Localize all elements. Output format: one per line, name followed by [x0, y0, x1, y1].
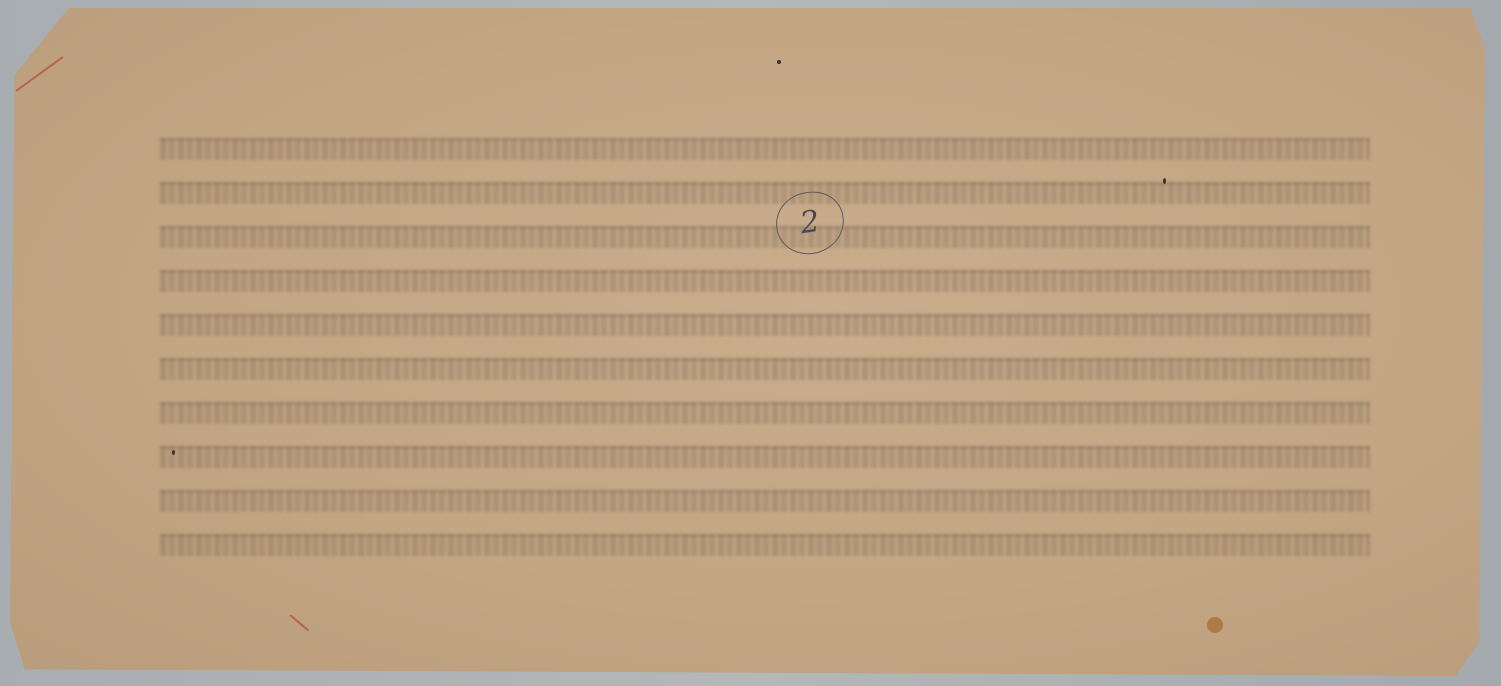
ink-dot	[1163, 178, 1166, 184]
text-line	[160, 446, 1370, 468]
ink-dot	[777, 60, 781, 64]
text-line	[160, 490, 1370, 512]
text-line	[160, 358, 1370, 380]
text-line	[160, 314, 1370, 336]
text-line	[160, 270, 1370, 292]
stain-spot	[1207, 617, 1223, 633]
text-line	[160, 402, 1370, 424]
text-line	[160, 534, 1370, 556]
text-line	[160, 226, 1370, 248]
text-line	[160, 138, 1370, 160]
text-block	[160, 130, 1370, 560]
ink-dot	[172, 450, 175, 455]
text-line	[160, 182, 1370, 204]
